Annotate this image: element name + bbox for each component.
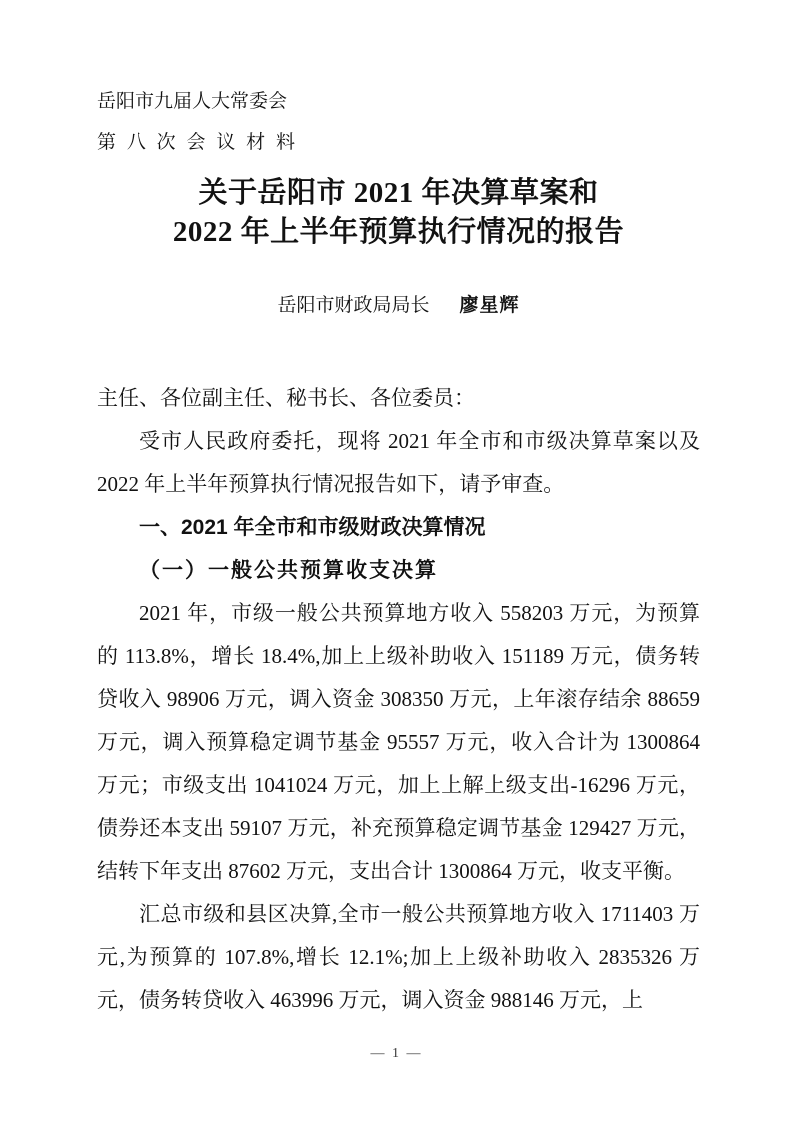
document-page: 岳阳市九届人大常委会 第 八 次 会 议 材 料 关于岳阳市 2021 年决算草… bbox=[0, 0, 793, 1122]
paragraph-city-level-budget: 2021 年，市级一般公共预算地方收入 558203 万元，为预算的 113.8… bbox=[97, 592, 700, 893]
byline: 岳阳市财政局局长廖星辉 bbox=[97, 296, 700, 315]
salutation: 主任、各位副主任、秘书长、各位委员： bbox=[97, 377, 700, 420]
paragraph-citywide-budget: 汇总市级和县区决算,全市一般公共预算地方收入 1711403 万元,为预算的 1… bbox=[97, 893, 700, 1022]
meeting-header-org: 岳阳市九届人大常委会 bbox=[97, 92, 700, 111]
byline-name: 廖星辉 bbox=[460, 295, 520, 316]
byline-role: 岳阳市财政局局长 bbox=[277, 295, 429, 316]
meeting-header: 岳阳市九届人大常委会 第 八 次 会 议 材 料 bbox=[97, 92, 700, 152]
meeting-header-material: 第 八 次 会 议 材 料 bbox=[97, 133, 295, 152]
section-1-heading: 一、2021 年全市和市级财政决算情况 bbox=[97, 506, 700, 549]
section-1-sub-heading: （一）一般公共预算收支决算 bbox=[97, 549, 700, 592]
intro-paragraph: 受市人民政府委托，现将 2021 年全市和市级决算草案以及 2022 年上半年预… bbox=[97, 420, 700, 506]
report-body: 主任、各位副主任、秘书长、各位委员： 受市人民政府委托，现将 2021 年全市和… bbox=[97, 377, 700, 1022]
page-number: — 1 — bbox=[0, 1046, 793, 1062]
report-title: 关于岳阳市 2021 年决算草案和 2022 年上半年预算执行情况的报告 bbox=[97, 174, 700, 252]
report-title-line1: 关于岳阳市 2021 年决算草案和 bbox=[97, 174, 700, 213]
report-title-line2: 2022 年上半年预算执行情况的报告 bbox=[97, 213, 700, 252]
